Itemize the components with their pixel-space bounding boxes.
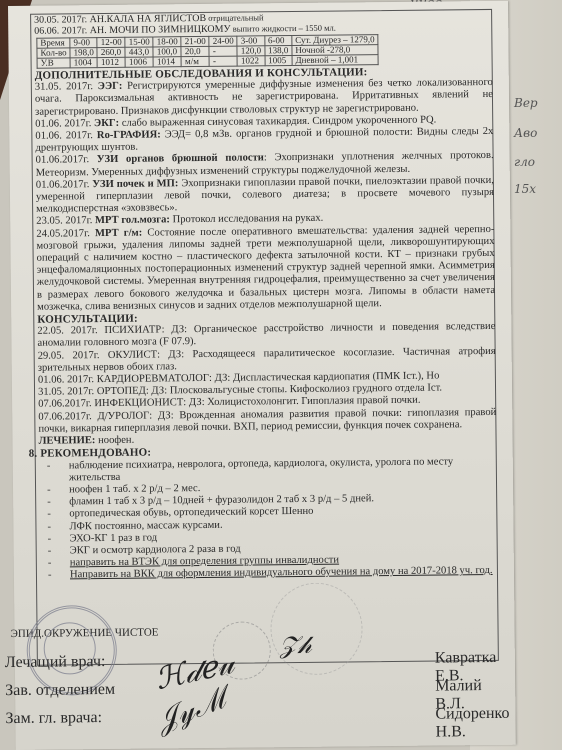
table-cell: 1006 bbox=[125, 57, 153, 67]
margin-handwriting: Вер bbox=[514, 96, 538, 110]
table-cell: 1012 bbox=[97, 57, 125, 67]
exam-entry: 24.05.2017г. МРТ г/м: Состояние после оп… bbox=[36, 224, 495, 314]
margin-handwriting: Аво bbox=[514, 126, 537, 140]
exam-entry: 31.05. 2017г. ЭЭГ: Регистрируются умерен… bbox=[35, 77, 493, 118]
exam-entry: 01.06.2017г. УЗИ почек и МП: Эхопризнаки… bbox=[36, 175, 494, 216]
consultation-entry: 07.06.2017г. Д/УРОЛОГ: ДЗ: Врожденная ан… bbox=[38, 407, 496, 436]
table-cell: - bbox=[209, 56, 237, 66]
table-cell: м/м bbox=[181, 56, 209, 66]
zimnitsky-table: Время9-0012-0015-0018-0021-0024-003-006-… bbox=[36, 34, 379, 69]
handwritten-initials: 𝒵𝒽 bbox=[280, 631, 312, 659]
medical-discharge-page: 30.05. 2017г. АН.КАЛА НА ЯГЛИСТОВ отрица… bbox=[8, 1, 516, 750]
table-cell: Дневной – 1,001 bbox=[292, 55, 379, 66]
margin-handwriting: гло bbox=[514, 155, 535, 169]
table-cell: У.В bbox=[37, 58, 70, 68]
recommendations-list: наблюдение психиатра, невролога, ортопед… bbox=[39, 455, 498, 582]
signature-row: Зам. гл. врача: Сидоренко Н.В. bbox=[15, 705, 515, 724]
table-cell: 1005 bbox=[265, 56, 292, 66]
exams-list: 31.05. 2017г. ЭЭГ: Регистрируются умерен… bbox=[35, 77, 495, 314]
table-cell: 1014 bbox=[153, 57, 181, 67]
table-cell: 1022 bbox=[237, 56, 264, 66]
margin-handwriting: 15х bbox=[514, 182, 536, 196]
consultations-list: 22.05. 2017г. ПСИХИАТР: ДЗ: Органическое… bbox=[37, 321, 496, 436]
table-cell: 1004 bbox=[70, 58, 97, 68]
page-content: 30.05. 2017г. АН.КАЛА НА ЯГЛИСТОВ отрица… bbox=[34, 10, 498, 582]
